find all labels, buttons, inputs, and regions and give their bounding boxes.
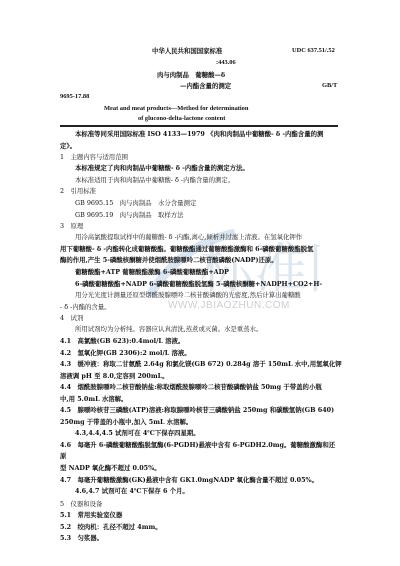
standard-number: 9695-17.88 bbox=[60, 93, 89, 101]
udc-code: UDC 637.51/.52 bbox=[292, 47, 335, 55]
reaction-equation-2: 6-磷酸葡糖酸酯+NADP 6-磷酸葡糖酸酯脱氢酶 5-磷酸核酮糖+NADPH+… bbox=[75, 280, 322, 288]
header-rule bbox=[60, 125, 338, 127]
storage-note-1: 4.3,4.4,4.5 试剂可在 4℃下保存四星期。 bbox=[75, 429, 200, 437]
storage-note-2: 4.6,4.7 试剂可在 4℃下保存 6 个月。 bbox=[75, 487, 189, 495]
reagent-4-6-line1: 4.6 每毫升 6-磷酸葡糖酸酯脱氢酶(6-PGDH)悬液中含有 6-PGDH2… bbox=[60, 441, 335, 449]
section-4-heading: 4 试剂 bbox=[60, 314, 83, 322]
gbt-label: GB/T bbox=[322, 82, 337, 90]
watermark-text: WWW.JBIAOZHUN.COM bbox=[168, 300, 290, 311]
intro-line2: 定》。 bbox=[60, 142, 76, 150]
udc-code-cont: :443.06 bbox=[216, 59, 236, 67]
reagent-4-1: 4.1 高氯酸(GB 623):0.4mol/L 溶液。 bbox=[60, 337, 184, 345]
apparatus-5-1: 5.1 常用实验室仪器 bbox=[60, 511, 122, 519]
principle-line2: 用下葡糖酸- δ -内酯转化成葡糖酸酯。葡糖酸酯通过葡糖酸酯激酶和 6-磷酸葡糖… bbox=[60, 245, 313, 253]
section-1-p2: 本标准适用于肉和肉制品中葡糖酸- δ -内酯含量的测定。 bbox=[75, 176, 234, 184]
section-3-heading: 3 原理 bbox=[60, 222, 83, 230]
section-1-heading: 1 主题内容与适用范围 bbox=[60, 153, 128, 161]
reagent-4-7: 4.7 每毫升葡糖酸激酶(GK)悬液中含有 GK1.0mgNADP 氧化酶含量不… bbox=[60, 476, 318, 484]
principle-line3: 酶的作用,产生 5-磷酸核酮糖并使烟酰胺腺嘌呤二核苷酸磷酸(NADP)还原。 bbox=[60, 256, 278, 264]
section-5-heading: 5 仪器和设备 bbox=[60, 500, 102, 508]
section-2-heading: 2 引用标准 bbox=[60, 187, 96, 195]
title-cn-line2: —内酯含量的测定 bbox=[180, 82, 231, 90]
apparatus-5-2: 5.2 绞肉机：孔径不超过 4mm。 bbox=[60, 523, 162, 531]
reagent-4-4-line2: 中,用 5.0mL 水溶解。 bbox=[60, 395, 127, 403]
title-cn-line1: 肉与肉制品 葡糖酸—δ bbox=[157, 71, 225, 79]
apparatus-5-3: 5.3 匀浆器。 bbox=[60, 534, 103, 542]
reagent-4-5-line2: 250mg 于带盖的小瓶中,加入 5mL 水溶解。 bbox=[60, 418, 192, 426]
principle-line1: 用冷高氯酸提取试样中的葡糖酸- δ -内酯,离心,倾析并过滤上清液。在氢氧化钾作 bbox=[75, 233, 302, 241]
reagent-4-6-line3: 型 NADP 氧化酶不超过 0.05%。 bbox=[60, 464, 161, 472]
reagent-4-2: 4.2 氢氧化钾(GB 2306):2 mol/L 溶液。 bbox=[60, 349, 191, 357]
principle-line5: - δ -内酯的含量。 bbox=[60, 303, 111, 311]
reagent-4-5-line1: 4.5 腺嘌呤核苷三磷酸(ATP)溶液:称取腺嘌呤核苷三磷酸钠盐 250mg 和… bbox=[60, 406, 334, 414]
issuing-org: 中华人民共和国国家标准 bbox=[152, 47, 222, 55]
section-1-p1: 本标准规定了肉和肉制品中葡糖酸- δ -内酯含量的测定方法。 bbox=[75, 164, 249, 172]
reagent-4-3-line2: 溶液调 pH 至 8.0,定容到 200mL。 bbox=[60, 372, 168, 380]
principle-line4: 用分光光度计测量还原型烟酰胺腺嘌呤二核苷酸磷酸的光密度,然后计算出葡糖酸 bbox=[75, 291, 301, 299]
reference-2: GB 9695.19 肉与肉制品 取样方法 bbox=[75, 211, 184, 219]
title-en-line2: of glucono-delta-lactone content bbox=[138, 115, 225, 123]
title-en-line1: Meat and meat products—Method for determ… bbox=[104, 105, 248, 113]
reaction-equation-1: 葡糖酸酯+ATP 葡糖酸酯激酶 6-磷酸葡糖酸酯+ADP bbox=[75, 268, 229, 276]
reagents-intro: 所用试剂均为分析纯。容器应认真清洗,蒸煮或灭菌。水是重蒸水。 bbox=[75, 325, 262, 333]
reagent-4-3-line1: 4.3 缓冲液：称取二甘氨酰 2.64g 和氯化镁(GB 672) 0.284g… bbox=[60, 360, 342, 368]
intro-line1: 本标准等同采用国际标准 ISO 4133—1979 《肉和肉制品中葡糖酸- δ … bbox=[75, 130, 323, 138]
reference-1: GB 9695.15 肉与肉制品 水分含量测定 bbox=[75, 199, 196, 207]
reagent-4-6-line2: 原 bbox=[60, 452, 66, 460]
reagent-4-4-line1: 4.4 烟酰胺腺嘌呤二核苷酸钠盐:称取烟酰胺腺嘌呤二核苷酸磷酸钠盐 50mg 于… bbox=[60, 383, 322, 391]
